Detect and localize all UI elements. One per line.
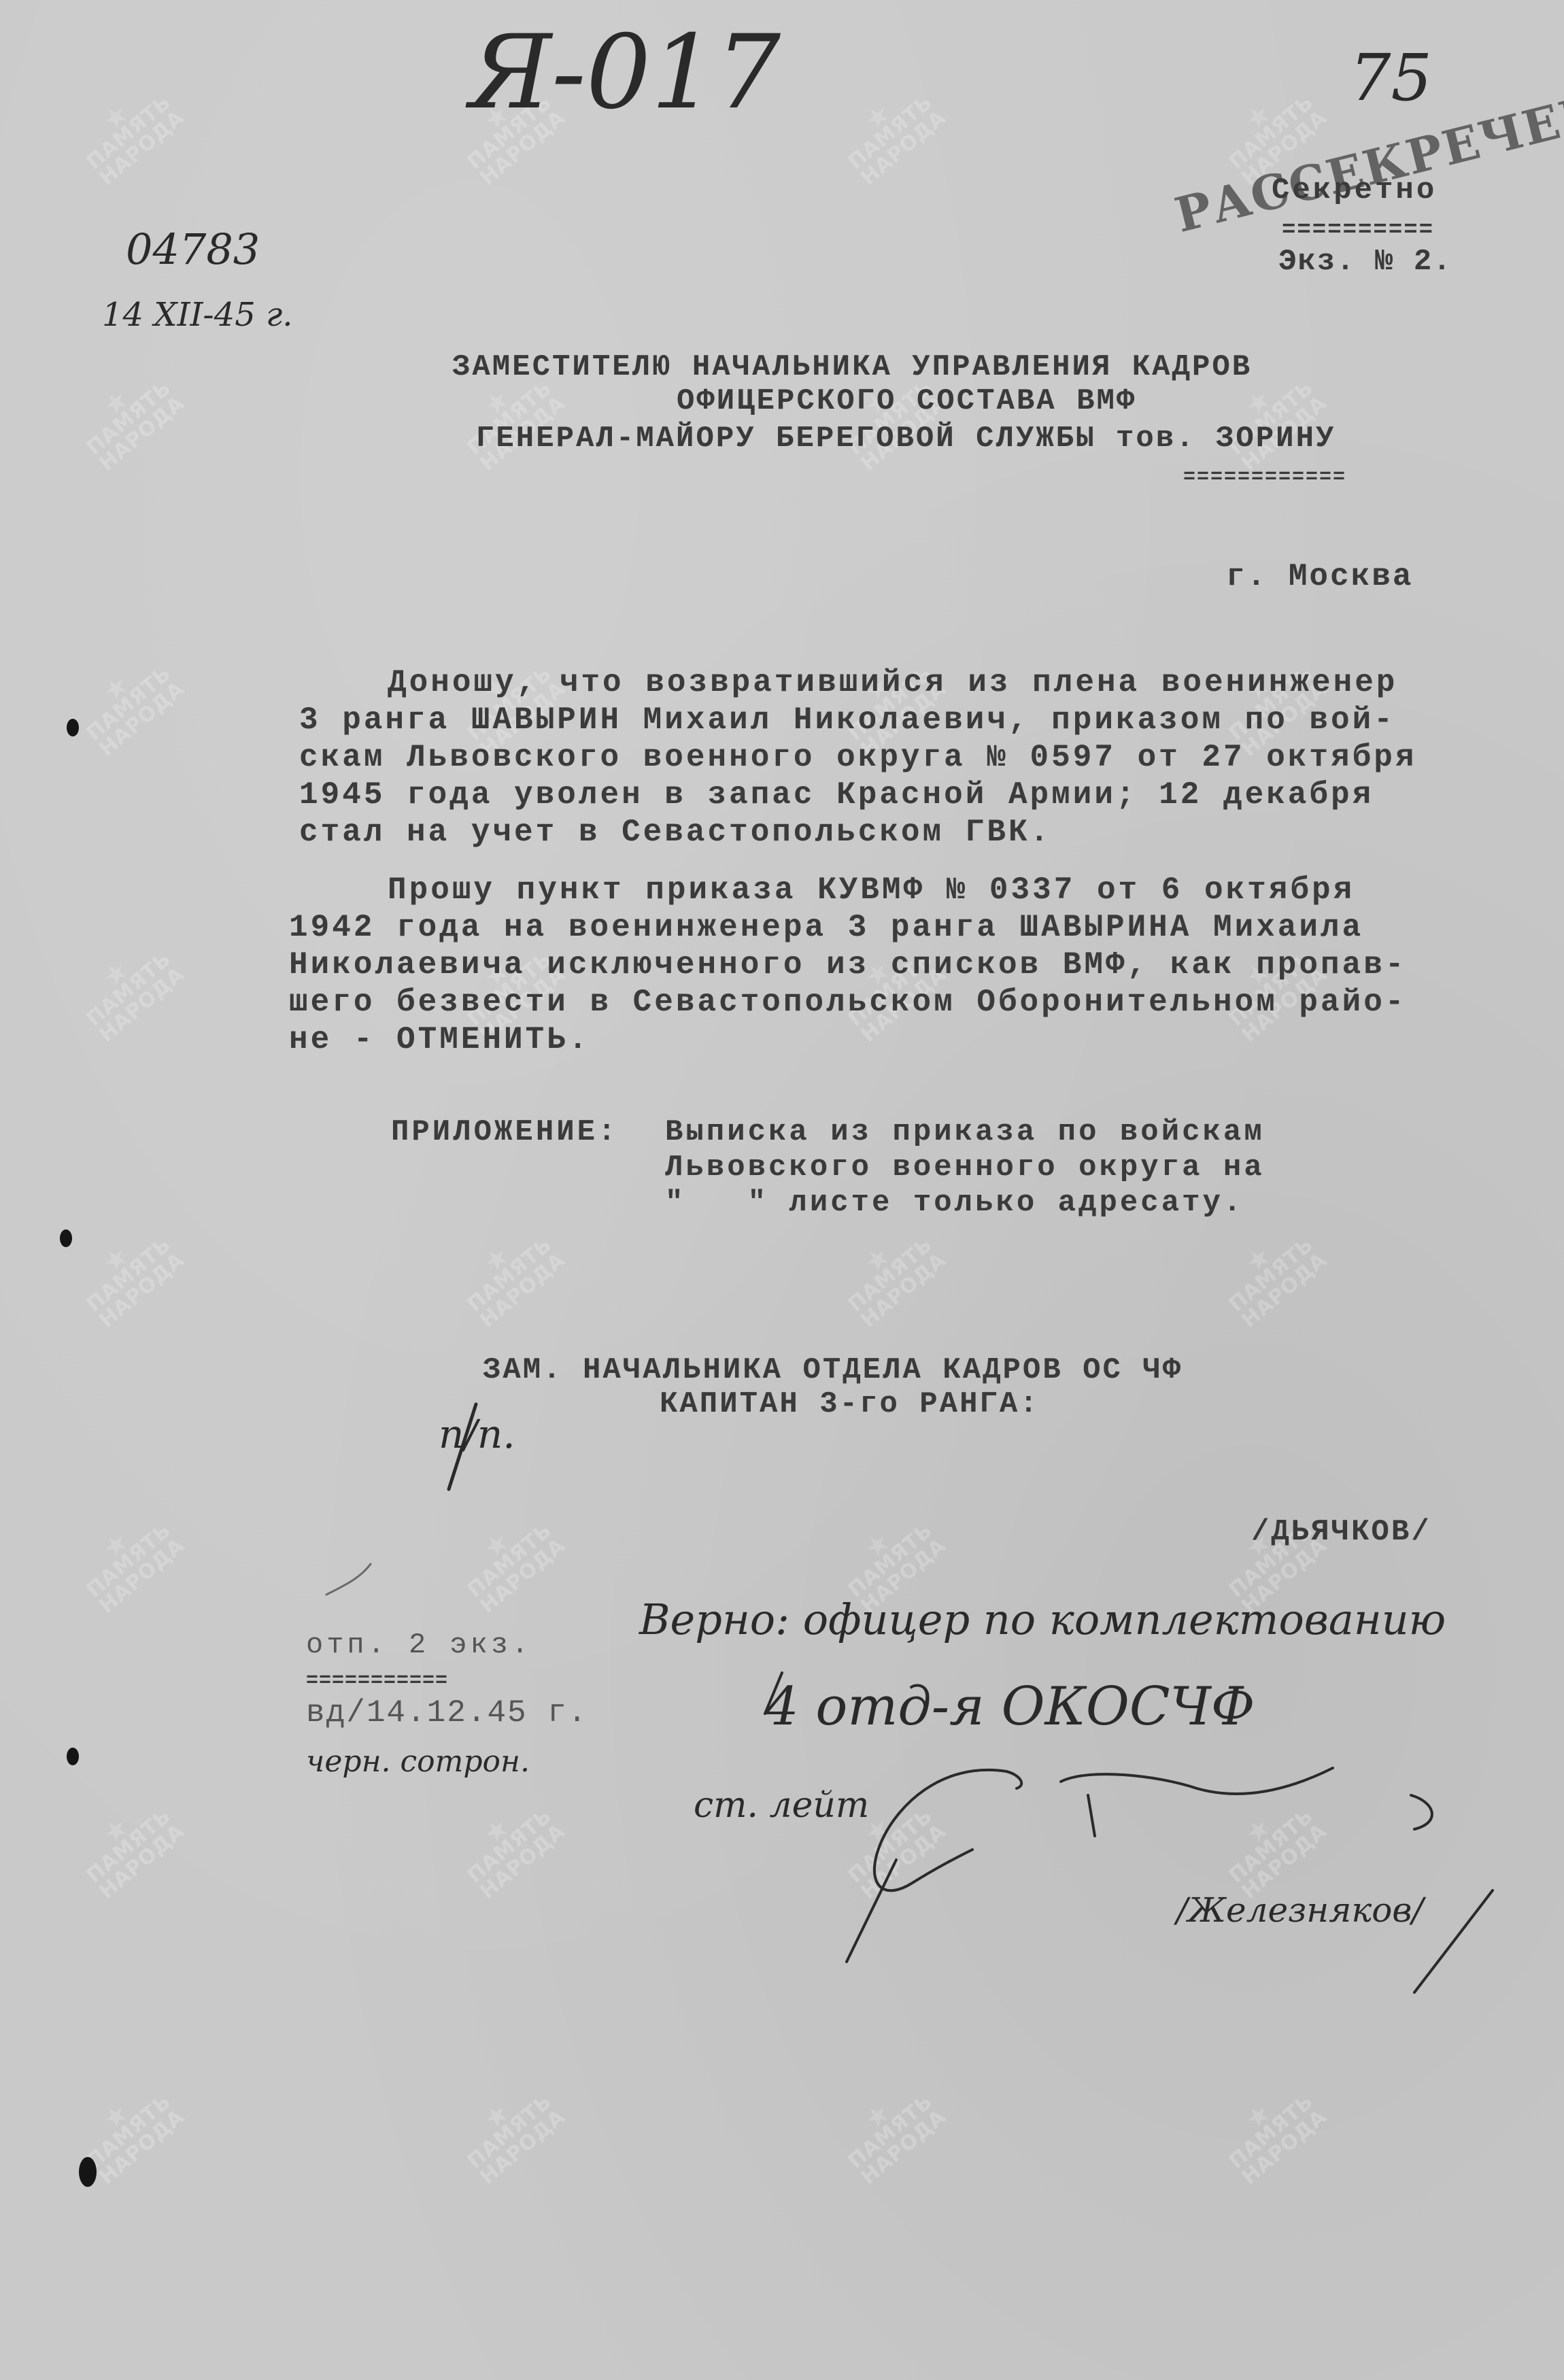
body-line: 1942 года на военинженера 3 ранга ШАВЫРИ… bbox=[289, 910, 1363, 945]
star-icon: ★ bbox=[57, 351, 174, 454]
copies-underline: =========== bbox=[306, 1669, 448, 1693]
star-icon: ★ bbox=[57, 2064, 174, 2168]
drafter-note: черн. сотрон. bbox=[306, 1744, 530, 1779]
watermark: ★ПАМЯТЬНАРОДА bbox=[57, 2064, 201, 2199]
star-icon: ★ bbox=[1200, 2064, 1316, 2168]
city-line: г. Москва bbox=[1226, 559, 1413, 594]
typist-date: вд/14.12.45 г. bbox=[306, 1695, 588, 1731]
signatory-title: ЗАМ. НАЧАЛЬНИКА ОТДЕЛА КАДРОВ ОС ЧФ bbox=[483, 1353, 1183, 1387]
punch-hole bbox=[67, 1748, 79, 1765]
registration-number: 04783 bbox=[126, 224, 260, 274]
star-icon: ★ bbox=[819, 1208, 936, 1311]
archive-number: Я-017 bbox=[469, 14, 781, 132]
watermark: ★ПАМЯТЬНАРОДА bbox=[57, 351, 201, 486]
certification-name: /Железняков/ bbox=[1176, 1890, 1423, 1930]
addressee-line: ОФИЦЕРСКОГО СОСТАВА ВМФ bbox=[677, 384, 1136, 418]
watermark: ★ПАМЯТЬНАРОДА bbox=[438, 1779, 581, 1914]
addressee-line: ГЕНЕРАЛ-МАЙОРУ БЕРЕГОВОЙ СЛУЖБЫ тов. ЗОР… bbox=[476, 422, 1336, 456]
star-icon: ★ bbox=[819, 2064, 936, 2168]
watermark: ★ПАМЯТЬНАРОДА bbox=[819, 65, 962, 200]
star-icon: ★ bbox=[57, 1493, 174, 1597]
star-icon: ★ bbox=[1200, 1208, 1316, 1311]
star-icon: ★ bbox=[1200, 65, 1316, 169]
watermark: ★ПАМЯТЬНАРОДА bbox=[1200, 2064, 1343, 2199]
watermark: ★ПАМЯТЬНАРОДА bbox=[1200, 1208, 1343, 1342]
star-icon: ★ bbox=[57, 922, 174, 1025]
star-icon: ★ bbox=[438, 1493, 555, 1597]
certification-line: Верно: офицер по комплектованию bbox=[639, 1595, 1446, 1644]
punch-hole bbox=[67, 719, 79, 736]
body-line: Николаевича исключенного из списков ВМФ,… bbox=[289, 947, 1406, 983]
watermark: ★ПАМЯТЬНАРОДА bbox=[57, 922, 201, 1057]
signatory-name: /ДЬЯЧКОВ/ bbox=[1251, 1515, 1431, 1549]
body-line: не - ОТМЕНИТЬ. bbox=[289, 1022, 590, 1057]
star-icon: ★ bbox=[819, 1493, 936, 1597]
star-icon: ★ bbox=[438, 1208, 555, 1311]
star-icon: ★ bbox=[57, 1779, 174, 1882]
classification-underline: ========== bbox=[1282, 218, 1434, 243]
copies-count: отп. 2 экз. bbox=[306, 1629, 532, 1661]
copy-number: Экз. № 2. bbox=[1278, 245, 1452, 279]
watermark: ★ПАМЯТЬНАРОДА bbox=[438, 1208, 581, 1342]
addressee-line: ЗАМЕСТИТЕЛЮ НАЧАЛЬНИКА УПРАВЛЕНИЯ КАДРОВ bbox=[452, 350, 1252, 384]
attachment-label: ПРИЛОЖЕНИЕ: bbox=[391, 1115, 618, 1149]
registration-date: 14 XII-45 г. bbox=[102, 296, 293, 334]
attachment-line: " " листе только адресату. bbox=[665, 1186, 1244, 1220]
star-icon: ★ bbox=[438, 2064, 555, 2168]
watermark: ★ПАМЯТЬНАРОДА bbox=[57, 1208, 201, 1342]
body-line: Прошу пункт приказа КУВМФ № 0337 от 6 ок… bbox=[388, 872, 1355, 908]
punch-hole bbox=[79, 2157, 97, 2187]
body-line: стал на учет в Севастопольском ГВК. bbox=[299, 815, 1051, 850]
star-icon: ★ bbox=[819, 65, 936, 169]
watermark: ★ПАМЯТЬНАРОДА bbox=[57, 65, 201, 200]
punch-hole bbox=[60, 1229, 72, 1247]
star-icon: ★ bbox=[1200, 1779, 1316, 1882]
signed-mark: п/п. bbox=[439, 1411, 515, 1457]
watermark: ★ПАМЯТЬНАРОДА bbox=[57, 636, 201, 771]
addressee-underline: ============ bbox=[1183, 466, 1346, 489]
body-line: 1945 года уволен в запас Красной Армии; … bbox=[299, 777, 1374, 813]
signatory-rank: КАПИТАН 3-го РАНГА: bbox=[660, 1387, 1040, 1421]
attachment-line: Львовского военного округа на bbox=[665, 1151, 1265, 1185]
body-line: скам Львовского военного округа № 0597 о… bbox=[299, 740, 1416, 775]
watermark: ★ПАМЯТЬНАРОДА bbox=[438, 2064, 581, 2199]
watermark: ★ПАМЯТЬНАРОДА bbox=[438, 1493, 581, 1628]
certification-unit: 4 отд-я ОКОСЧФ bbox=[765, 1676, 1255, 1737]
sheet-number: 75 bbox=[1350, 41, 1432, 116]
certification-rank: ст. лейт bbox=[694, 1785, 869, 1826]
star-icon: ★ bbox=[57, 65, 174, 169]
watermark: ★ПАМЯТЬНАРОДА bbox=[57, 1493, 201, 1628]
star-icon: ★ bbox=[438, 1779, 555, 1882]
watermark: ★ПАМЯТЬНАРОДА bbox=[819, 1208, 962, 1342]
body-line: 3 ранга ШАВЫРИН Михаил Николаевич, прика… bbox=[299, 702, 1395, 738]
attachment-line: Выписка из приказа по войскам bbox=[665, 1115, 1265, 1149]
body-line: шего безвести в Севастопольском Оборонит… bbox=[289, 985, 1406, 1020]
body-line: Доношу, что возвратившийся из плена воен… bbox=[388, 665, 1397, 700]
watermark: ★ПАМЯТЬНАРОДА bbox=[57, 1779, 201, 1914]
watermark: ★ПАМЯТЬНАРОДА bbox=[819, 2064, 962, 2199]
star-icon: ★ bbox=[57, 1208, 174, 1311]
archival-document-page: ★ПАМЯТЬНАРОДА★ПАМЯТЬНАРОДА★ПАМЯТЬНАРОДА★… bbox=[0, 0, 1564, 2380]
